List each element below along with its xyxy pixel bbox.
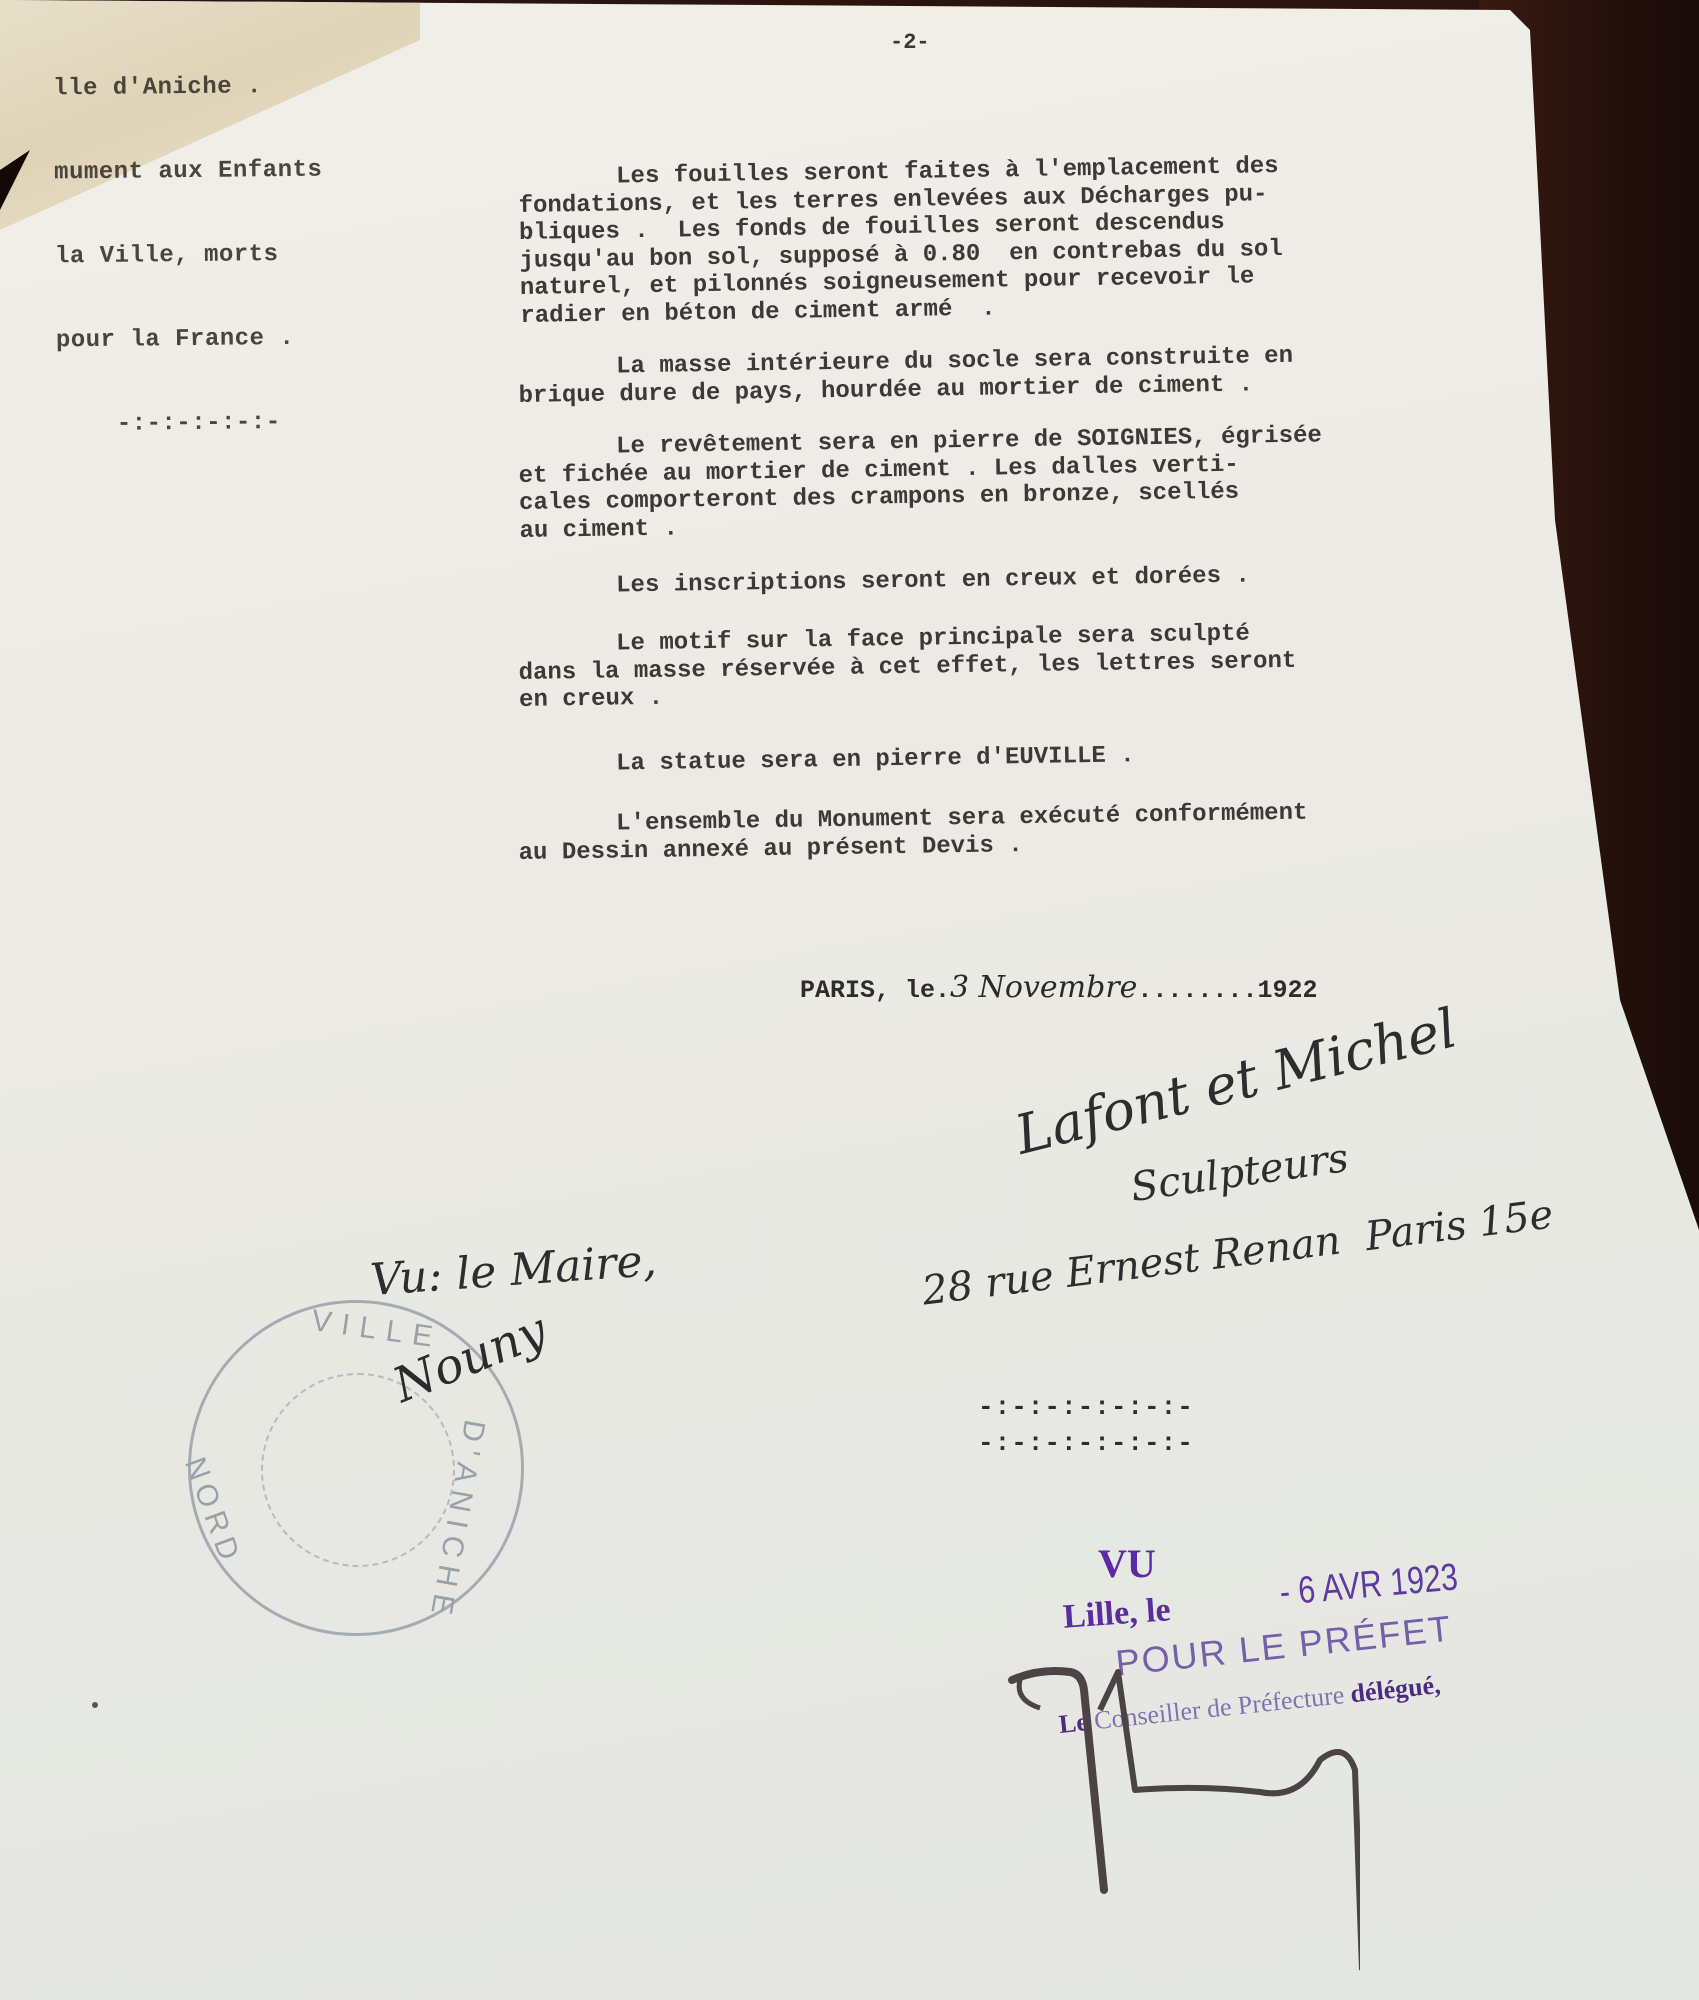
document-heading: lle d'Aniche . mument aux Enfants la Vil… bbox=[53, 17, 326, 496]
heading-line: lle d'Aniche . bbox=[53, 73, 322, 104]
text-line: La statue sera en pierre d'EUVILLE . bbox=[518, 742, 1135, 779]
paragraph-cladding: Le revêtement sera en pierre de SOIGNIES… bbox=[518, 422, 1323, 545]
mayor-approval-note: Vu: le Maire, bbox=[369, 1235, 658, 1306]
stamp-date: - 6 AVR 1923 bbox=[1278, 1556, 1460, 1614]
text-line: Les inscriptions seront en creux et doré… bbox=[518, 563, 1250, 602]
heading-line: pour la France . bbox=[56, 325, 325, 356]
heading-line: la Ville, morts bbox=[55, 241, 324, 272]
paragraph-motif: Le motif sur la face principale sera scu… bbox=[518, 620, 1297, 715]
stamp-vu: VU bbox=[1098, 1540, 1156, 1587]
handwritten-date: 3 Novembre bbox=[950, 970, 1137, 1005]
heading-ornament: -:-:-:-:-:- bbox=[57, 409, 326, 440]
paragraph-inscriptions: Les inscriptions seront en creux et doré… bbox=[518, 563, 1250, 602]
prefect-signature-icon bbox=[1000, 1650, 1360, 1980]
paragraph-excavation: Les fouilles seront faites à l'emplaceme… bbox=[518, 153, 1284, 330]
sculptor-address: 28 rue Ernest Renan Paris 15e bbox=[920, 1191, 1556, 1314]
paragraph-statue: La statue sera en pierre d'EUVILLE . bbox=[518, 742, 1135, 779]
seal-text-left: NORD bbox=[177, 1453, 247, 1570]
paragraph-base-masonry: La masse intérieure du socle sera constr… bbox=[518, 343, 1294, 410]
page-number: -2- bbox=[890, 30, 930, 55]
date-dots: ........ bbox=[1137, 976, 1257, 1005]
ink-dot bbox=[92, 1702, 98, 1708]
closing-ornament: -:-:-:-:-:-:- bbox=[978, 1392, 1194, 1422]
closing-ornament: -:-:-:-:-:-:- bbox=[978, 1428, 1194, 1458]
paragraph-ensemble: L'ensemble du Monument sera exécuté conf… bbox=[518, 800, 1308, 867]
date-year: 1922 bbox=[1257, 976, 1317, 1005]
stamp-role-suffix: délégué, bbox=[1349, 1670, 1442, 1708]
date-prefix: PARIS, le. bbox=[800, 976, 950, 1005]
stamp-place: Lille, le bbox=[1062, 1591, 1172, 1636]
sculptor-title: Sculpteurs bbox=[1128, 1135, 1351, 1211]
document-page: lle d'Aniche . mument aux Enfants la Vil… bbox=[0, 0, 1699, 2000]
heading-line: mument aux Enfants bbox=[54, 157, 323, 188]
date-line: PARIS, le.3 Novembre........1922 bbox=[800, 970, 1317, 1005]
sculptor-signature: Lafont et Michel bbox=[1009, 996, 1463, 1166]
